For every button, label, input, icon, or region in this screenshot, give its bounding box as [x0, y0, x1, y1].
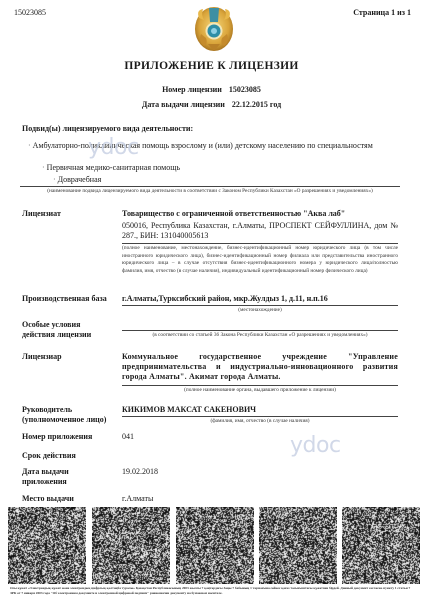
license-number-label: Номер лицензии [162, 85, 222, 94]
divider [122, 385, 398, 386]
production-base-label: Производственная база [22, 294, 107, 304]
barcode-1 [8, 507, 86, 584]
special-conditions-label: Особые условия действия лицензии [22, 320, 112, 340]
issue-place-label: Место выдачи [22, 494, 74, 504]
license-number-value: 15023085 [229, 85, 261, 94]
state-emblem-icon [192, 4, 236, 54]
appendix-number-label: Номер приложения [22, 432, 92, 442]
bullet-icon: · [53, 175, 56, 184]
subtype-item: ·Амбулаторно-поликлиническая помощь взро… [28, 141, 373, 150]
issue-place-value: г.Алматы [122, 494, 153, 504]
bullet-icon: · [42, 163, 45, 172]
production-base-value: г.Алматы,Турксибский район, мкр.Жулдыз 1… [122, 294, 398, 304]
special-conditions-note: (в соответствии со статьей 36 Закона Рес… [122, 332, 398, 339]
barcode-5 [342, 507, 420, 584]
divider [122, 305, 398, 306]
license-date-value: 22.12.2015 год [232, 100, 281, 109]
appendix-number-value: 041 [122, 432, 134, 442]
watermark: ydoc [88, 135, 139, 160]
barcode-3 [176, 507, 254, 584]
page-title: ПРИЛОЖЕНИЕ К ЛИЦЕНЗИИ [0, 60, 423, 72]
subtypes-note: (наименование подвида лицензируемого вид… [20, 188, 400, 195]
legal-footer: Осы құжат «Электрондық құжат және электр… [10, 586, 415, 596]
divider [122, 330, 398, 331]
barcode-4 [259, 507, 337, 584]
licensee-address: 050016, Республика Казахстан, г.Алматы, … [122, 221, 398, 241]
license-date-row: Дата выдачи лицензии 22.12.2015 год [0, 100, 423, 109]
subtype-item: ·Доврачебная [53, 175, 101, 184]
licensor-value: Коммунальное государственное учреждение … [122, 352, 398, 382]
licensee-label: Лицензиат [22, 209, 61, 219]
production-base-note: (местонахождение) [122, 307, 398, 314]
head-label: Руководитель (уполномоченное лицо) [22, 405, 122, 425]
validity-label: Срок действия [22, 451, 76, 461]
head-note: (фамилия, имя, отчество (в случае наличи… [122, 418, 398, 425]
licensee-note: (полное наименование, местонахождение, б… [122, 245, 398, 275]
head-value: КИКИМОВ МАКСАТ САКЕНОВИЧ [122, 405, 398, 415]
subtypes-heading: Подвид(ы) лицензируемого вида деятельнос… [22, 124, 193, 133]
barcode-2 [92, 507, 170, 584]
subtype-item: ·Первичная медико-санитарная помощь [42, 163, 180, 172]
licensee-name: Товарищество с ограниченной ответственно… [122, 209, 398, 219]
document-number: 15023085 [14, 8, 46, 17]
license-number-row: Номер лицензии 15023085 [0, 85, 423, 94]
watermark: ydoc [290, 433, 341, 458]
bullet-icon: · [28, 141, 31, 150]
divider [20, 186, 400, 187]
appendix-date-value: 19.02.2018 [122, 467, 158, 477]
divider [122, 416, 398, 417]
appendix-date-label: Дата выдачи приложения [22, 467, 102, 487]
license-date-label: Дата выдачи лицензии [142, 100, 225, 109]
licensor-label: Лицензиар [22, 352, 62, 362]
page-indicator: Страница 1 из 1 [353, 8, 411, 17]
licensor-note: (полное наименование органа, выдавшего п… [122, 387, 398, 394]
divider [122, 243, 398, 244]
